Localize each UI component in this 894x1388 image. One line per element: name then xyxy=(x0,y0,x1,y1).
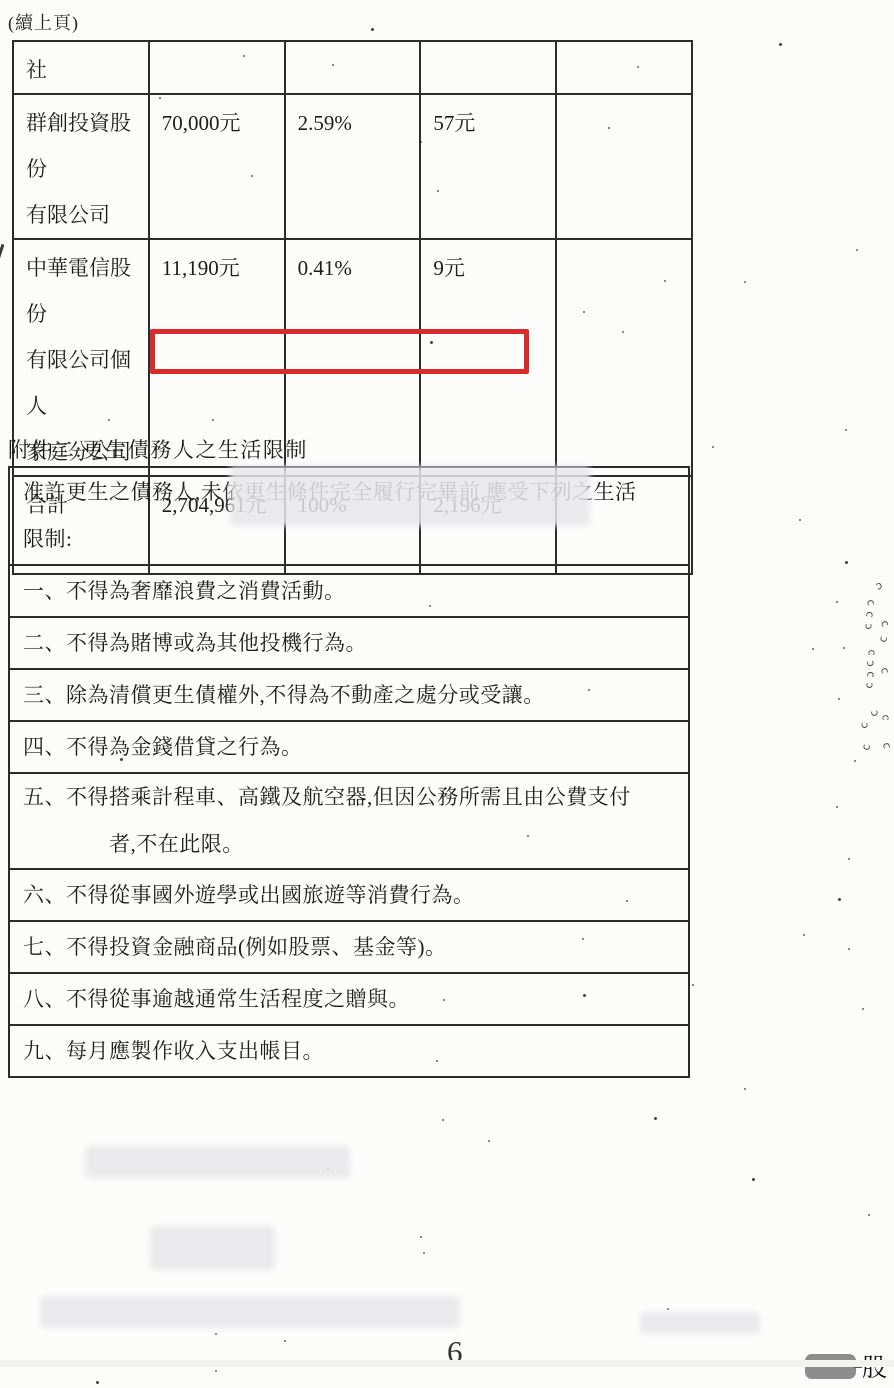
scan-dot-artifact xyxy=(215,1370,217,1372)
scan-dot-artifact xyxy=(527,835,529,837)
scan-dot-artifact xyxy=(843,647,845,649)
scan-dot-artifact xyxy=(212,419,214,421)
scan-dot-artifact xyxy=(437,190,439,192)
scan-dot-artifact xyxy=(442,1119,444,1121)
scan-dot-artifact xyxy=(429,605,431,607)
restriction-item-7: 七、不得投資金融商品(例如股票、基金等)。 xyxy=(9,921,689,973)
life-restrictions-table: 准許更生之債務人,未依更生條件完全履行完畢前,應受下列之生活 限制: 一、不得為… xyxy=(8,466,690,1078)
scan-squiggle-artifact: ɔ xyxy=(865,682,876,688)
table-row: 一、不得為奢靡浪費之消費活動。 xyxy=(9,565,689,617)
scan-dot-artifact xyxy=(436,1060,438,1062)
scan-squiggle-artifact: ɔ xyxy=(861,744,873,752)
scan-squiggle-artifact: c xyxy=(879,667,891,675)
scan-dot-artifact xyxy=(838,898,841,901)
scan-slash-artifact xyxy=(0,244,4,260)
scan-dot-artifact xyxy=(588,689,590,691)
scan-dot-artifact xyxy=(108,419,110,421)
scan-dot-artifact xyxy=(251,175,253,177)
scan-squiggle-artifact: c xyxy=(881,714,892,720)
table-cell-empty xyxy=(556,239,692,476)
scan-dot-artifact xyxy=(664,280,666,282)
scan-dot-artifact xyxy=(622,331,624,333)
scan-squiggle-artifact: c xyxy=(879,619,891,628)
scan-dot-artifact xyxy=(583,311,585,313)
scan-dot-artifact xyxy=(836,601,838,603)
scan-dot-artifact xyxy=(848,948,850,950)
scan-squiggle-artifact: ɔ xyxy=(860,722,871,728)
restriction-item-6: 六、不得從事國外遊學或出國旅遊等消費行為。 xyxy=(9,869,689,921)
scan-dot-artifact xyxy=(868,1214,870,1216)
scan-squiggle-artifact: c xyxy=(881,742,893,750)
scan-dot-artifact xyxy=(854,760,856,762)
scan-dot-artifact xyxy=(838,698,840,700)
scan-squiggle-artifact: ɔ xyxy=(865,660,877,668)
scan-dot-artifact xyxy=(420,141,422,143)
table-row: 群創投資股份 有限公司 70,000元 2.59% 57元 xyxy=(13,94,692,239)
scan-dot-artifact xyxy=(96,1381,99,1384)
table-row: 七、不得投資金融商品(例如股票、基金等)。 xyxy=(9,921,689,973)
table-row: 八、不得從事逾越通常生活程度之贈與。 xyxy=(9,973,689,1025)
scan-dot-artifact xyxy=(423,1252,425,1254)
scan-dot-artifact xyxy=(654,1117,657,1120)
scan-squiggle-artifact: ɔ xyxy=(864,623,875,629)
scan-squiggle-artifact: c xyxy=(865,671,877,679)
scan-dot-artifact xyxy=(779,43,782,46)
table-cell-payment: 9元 xyxy=(420,239,556,476)
table-cell-percent xyxy=(285,41,421,94)
table-row: 二、不得為賭博或為其他投機行為。 xyxy=(9,617,689,669)
bleed-through-ghost-text xyxy=(640,1312,760,1334)
table-cell-payment: 57元 xyxy=(420,94,556,239)
restriction-item-3: 三、除為清償更生債權外,不得為不動產之處分或受讓。 xyxy=(9,669,689,721)
scan-dot-artifact xyxy=(637,66,639,68)
scan-band-artifact xyxy=(0,1360,894,1367)
table-cell-amount: 70,000元 xyxy=(149,94,285,239)
scan-dot-artifact xyxy=(744,1088,746,1090)
scan-dot-artifact xyxy=(744,281,746,283)
bleed-through-ghost-text xyxy=(40,1296,460,1328)
scan-dot-artifact xyxy=(848,858,850,860)
table-cell-amount xyxy=(149,41,285,94)
scan-dot-artifact xyxy=(626,900,628,902)
table-cell-creditor: 社 xyxy=(13,41,149,94)
scan-dot-artifact xyxy=(712,446,714,448)
table-cell-empty xyxy=(556,94,692,239)
scan-dot-artifact xyxy=(799,519,801,521)
table-row: 五、不得搭乘計程車、高鐵及航空器,但因公務所需且由公費支付 者,不在此限。 xyxy=(9,773,689,869)
scan-dot-artifact xyxy=(582,938,584,940)
scan-dot-artifact xyxy=(692,984,694,986)
continued-from-previous-label: (續上頁) xyxy=(8,9,79,35)
scanned-page: (續上頁) 社 群創投資股份 有限公司 70,000元 2.59% 57元 中華… xyxy=(0,0,894,1388)
scan-dot-artifact xyxy=(608,127,610,129)
scan-dot-artifact xyxy=(667,1308,669,1310)
table-row: 社 xyxy=(13,41,692,94)
table-row: 三、除為清償更生債權外,不得為不動產之處分或受讓。 xyxy=(9,669,689,721)
table-row: 九、每月應製作收入支出帳目。 xyxy=(9,1025,689,1077)
scan-dot-artifact xyxy=(752,1178,755,1181)
bleed-through-ghost-text xyxy=(85,1146,350,1178)
table-cell-percent: 2.59% xyxy=(285,94,421,239)
table-cell-creditor: 群創投資股份 有限公司 xyxy=(13,94,149,239)
restriction-item-1: 一、不得為奢靡浪費之消費活動。 xyxy=(9,565,689,617)
restriction-item-4: 四、不得為金錢借貸之行為。 xyxy=(9,721,689,773)
table-cell-payment xyxy=(420,41,556,94)
table-row: 四、不得為金錢借貸之行為。 xyxy=(9,721,689,773)
scan-dot-artifact xyxy=(862,1008,864,1010)
scan-dot-artifact xyxy=(856,249,858,251)
scan-squiggle-artifact: c xyxy=(868,710,880,718)
scan-dot-artifact xyxy=(196,1058,198,1060)
scan-squiggle-artifact: ɔ xyxy=(874,579,883,591)
bleed-through-ghost-text xyxy=(230,466,590,526)
scan-dot-artifact xyxy=(443,999,445,1001)
scan-squiggle-artifact: c xyxy=(864,611,876,619)
scan-dot-artifact xyxy=(812,648,814,650)
scan-squiggle-artifact: c xyxy=(867,649,878,655)
scan-dot-artifact xyxy=(845,561,848,564)
scan-dot-artifact xyxy=(803,934,805,936)
restriction-item-5: 五、不得搭乘計程車、高鐵及航空器,但因公務所需且由公費支付 者,不在此限。 xyxy=(9,773,689,869)
table-row: 六、不得從事國外遊學或出國旅遊等消費行為。 xyxy=(9,869,689,921)
scan-dot-artifact xyxy=(836,806,838,808)
scan-dot-artifact xyxy=(159,97,161,99)
attachment-heading: 附件二:更生債務人之生活限制 xyxy=(8,434,308,464)
bleed-through-ghost-text xyxy=(150,1226,275,1270)
table-cell-empty xyxy=(556,41,692,94)
scan-dot-artifact xyxy=(215,1333,217,1335)
scan-squiggle-artifact: c xyxy=(865,599,877,607)
scan-dot-artifact xyxy=(284,1340,286,1342)
restriction-item-2: 二、不得為賭博或為其他投機行為。 xyxy=(9,617,689,669)
scan-dot-artifact xyxy=(430,341,433,344)
scan-dot-artifact xyxy=(371,28,374,31)
scan-dot-artifact xyxy=(332,64,334,66)
scan-dot-artifact xyxy=(420,1236,422,1238)
scan-dot-artifact xyxy=(488,1140,490,1142)
scan-dot-artifact xyxy=(845,429,847,431)
restriction-item-9: 九、每月應製作收入支出帳目。 xyxy=(9,1025,689,1077)
scan-dot-artifact xyxy=(243,55,245,57)
scan-dot-artifact xyxy=(583,994,586,997)
scan-dot-artifact xyxy=(120,758,123,761)
scan-squiggle-artifact: ɔ xyxy=(878,636,890,644)
restriction-item-8: 八、不得從事逾越通常生活程度之贈與。 xyxy=(9,973,689,1025)
